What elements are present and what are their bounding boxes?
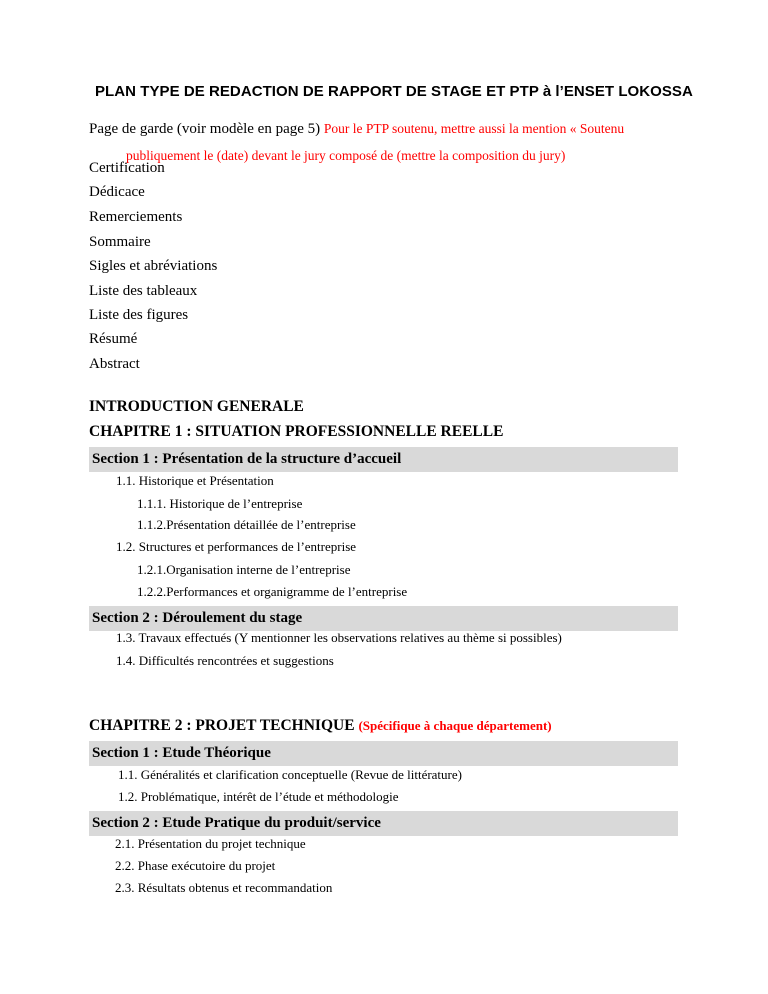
chapitre1-heading: CHAPITRE 1 : SITUATION PROFESSIONNELLE R… bbox=[89, 423, 503, 441]
outline-item: 1.1. Historique et Présentation bbox=[116, 473, 274, 489]
outline-item: 2.1. Présentation du projet technique bbox=[115, 836, 306, 852]
outline-item: 2.3. Résultats obtenus et recommandation bbox=[115, 880, 332, 896]
chapitre2-section2-band: Section 2 : Etude Pratique du produit/se… bbox=[89, 811, 678, 836]
front-matter-item-certification: Certification bbox=[89, 160, 165, 177]
chapitre2-note: (Spécifique à chaque département) bbox=[358, 718, 551, 733]
outline-item: 1.2.2.Performances et organigramme de l’… bbox=[137, 584, 407, 600]
outline-item: 1.2.1.Organisation interne de l’entrepri… bbox=[137, 562, 350, 578]
chapitre2-section2-title: Section 2 : Etude Pratique du produit/se… bbox=[92, 815, 381, 832]
front-matter-item-remerciements: Remerciements bbox=[89, 209, 182, 226]
chapitre1-section2-title: Section 2 : Déroulement du stage bbox=[92, 610, 302, 627]
chapitre2-section1-band: Section 1 : Etude Théorique bbox=[89, 741, 678, 766]
front-matter-item-resume: Résumé bbox=[89, 331, 137, 348]
front-matter-item-sommaire: Sommaire bbox=[89, 234, 151, 251]
front-matter-item-sigles: Sigles et abréviations bbox=[89, 258, 217, 275]
outline-item: 1.1.1. Historique de l’entreprise bbox=[137, 496, 302, 512]
front-matter-item-figures: Liste des figures bbox=[89, 307, 188, 324]
outline-item: 1.2. Problématique, intérêt de l’étude e… bbox=[118, 789, 399, 805]
chapitre2-section1-title: Section 1 : Etude Théorique bbox=[92, 745, 271, 762]
outline-item: 1.1. Généralités et clarification concep… bbox=[118, 767, 462, 783]
page-de-garde-note-2: publiquement le (date) devant le jury co… bbox=[126, 148, 565, 164]
page-de-garde-note-1: Pour le PTP soutenu, mettre aussi la men… bbox=[324, 121, 624, 136]
outline-item: 1.1.2.Présentation détaillée de l’entrep… bbox=[137, 517, 356, 533]
outline-item: 1.2. Structures et performances de l’ent… bbox=[116, 539, 356, 555]
chapitre1-section1-title: Section 1 : Présentation de la structure… bbox=[92, 451, 401, 468]
page-de-garde-label: Page de garde (voir modèle en page 5) bbox=[89, 121, 320, 137]
chapitre1-section2-band: Section 2 : Déroulement du stage bbox=[89, 606, 678, 631]
introduction-heading: INTRODUCTION GENERALE bbox=[89, 398, 304, 416]
chapitre2-title: CHAPITRE 2 : PROJET TECHNIQUE bbox=[89, 717, 355, 734]
document-title: PLAN TYPE DE REDACTION DE RAPPORT DE STA… bbox=[95, 83, 693, 100]
outline-item: 2.2. Phase exécutoire du projet bbox=[115, 858, 275, 874]
outline-item: 1.3. Travaux effectués (Y mentionner les… bbox=[116, 630, 562, 646]
page-de-garde-line: Page de garde (voir modèle en page 5) Po… bbox=[89, 121, 624, 138]
front-matter-item-abstract: Abstract bbox=[89, 356, 140, 373]
front-matter-item-tableaux: Liste des tableaux bbox=[89, 283, 197, 300]
front-matter-item-dedicace: Dédicace bbox=[89, 184, 145, 201]
outline-item: 1.4. Difficultés rencontrées et suggesti… bbox=[116, 653, 334, 669]
chapitre2-heading: CHAPITRE 2 : PROJET TECHNIQUE (Spécifiqu… bbox=[89, 717, 552, 735]
chapitre1-section1-band: Section 1 : Présentation de la structure… bbox=[89, 447, 678, 472]
